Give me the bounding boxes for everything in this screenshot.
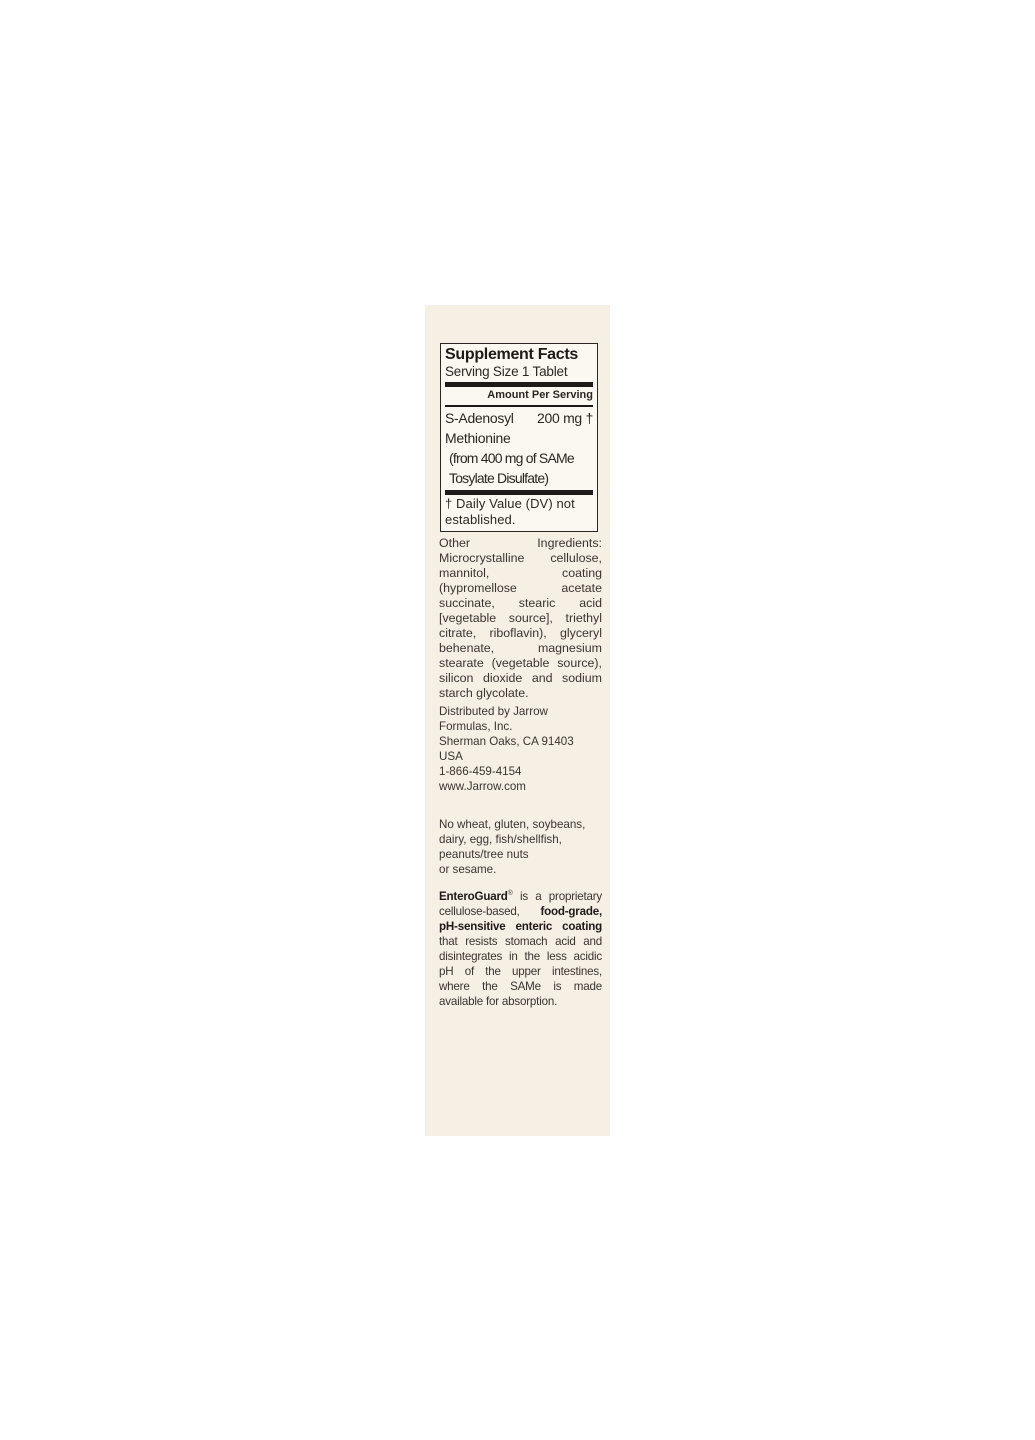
enteroguard-text-2: that resists stomach acid and disintegra… bbox=[439, 935, 602, 1008]
nutrient-amount: 200 mg † bbox=[537, 408, 593, 428]
thick-divider-bottom bbox=[445, 490, 593, 495]
allergen-line: or sesame. bbox=[439, 862, 602, 877]
nutrient-name: S-Adenosyl bbox=[445, 408, 514, 428]
distributor-info: Distributed by Jarrow Formulas, Inc. She… bbox=[439, 704, 602, 794]
allergen-line: No wheat, gluten, soybeans, bbox=[439, 817, 602, 832]
supplement-facts-box: Supplement Facts Serving Size 1 Tablet A… bbox=[440, 343, 598, 532]
serving-size: Serving Size 1 Tablet bbox=[445, 364, 593, 380]
allergen-statement: No wheat, gluten, soybeans, dairy, egg, … bbox=[439, 817, 602, 877]
nutrient-source-1: (from 400 mg of SAMe bbox=[445, 448, 593, 468]
distributor-website: www.Jarrow.com bbox=[439, 779, 602, 794]
nutrient-source-2: Tosylate Disulfate) bbox=[445, 468, 593, 488]
amount-per-serving-header: Amount Per Serving bbox=[445, 388, 593, 403]
thin-divider bbox=[445, 405, 593, 407]
facts-title: Supplement Facts bbox=[445, 346, 593, 364]
supplement-label-panel: Supplement Facts Serving Size 1 Tablet A… bbox=[425, 305, 610, 1136]
distributor-line: Formulas, Inc. bbox=[439, 719, 602, 734]
thick-divider bbox=[445, 382, 593, 387]
enteroguard-brand: EnteroGuard bbox=[439, 890, 508, 903]
enteroguard-description: EnteroGuard® is a proprietary cellulose-… bbox=[439, 886, 602, 1009]
nutrient-name-cont: Methionine bbox=[445, 428, 593, 448]
dv-note-1: † Daily Value (DV) not bbox=[445, 496, 593, 512]
other-ingredients: Other Ingredients: Microcrystalline cell… bbox=[439, 536, 602, 701]
distributor-line: Distributed by Jarrow bbox=[439, 704, 602, 719]
nutrient-row: S-Adenosyl 200 mg † Methionine (from 400… bbox=[445, 408, 593, 488]
dv-note-2: established. bbox=[445, 512, 593, 528]
distributor-address: Sherman Oaks, CA 91403 bbox=[439, 734, 602, 749]
distributor-phone: 1-866-459-4154 bbox=[439, 764, 602, 779]
allergen-line: peanuts/tree nuts bbox=[439, 847, 602, 862]
distributor-country: USA bbox=[439, 749, 602, 764]
allergen-line: dairy, egg, fish/shellfish, bbox=[439, 832, 602, 847]
